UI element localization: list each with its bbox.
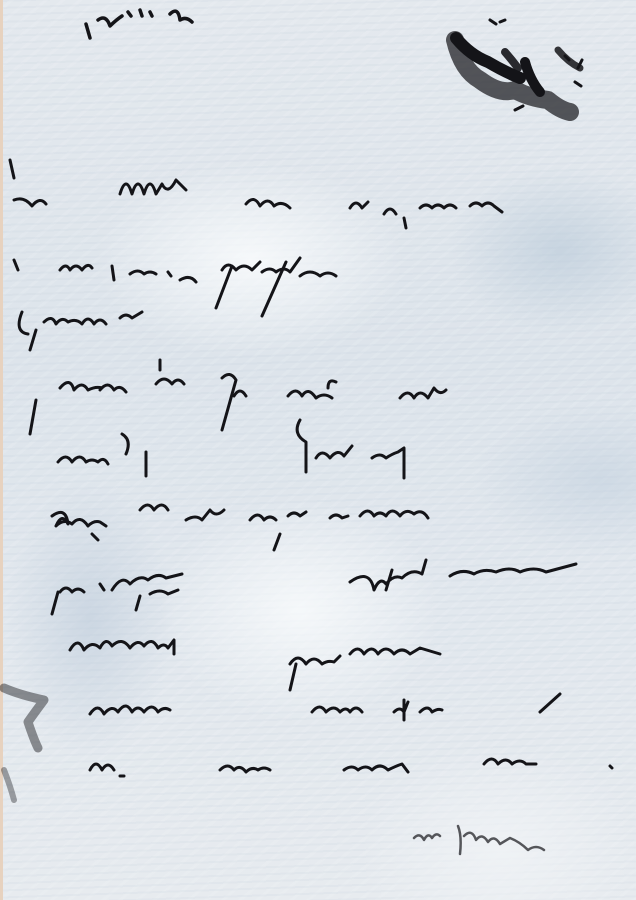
handwriting-line-7 <box>52 560 576 614</box>
handwriting-line-1 <box>10 160 502 228</box>
signature <box>414 826 544 854</box>
handwriting-line-5 <box>58 420 404 478</box>
left-edge-smudges <box>4 688 44 800</box>
handwriting-line-2 <box>14 258 336 316</box>
artwork-layer <box>0 0 636 900</box>
handwriting <box>10 160 612 776</box>
handwriting-line-4 <box>30 360 446 434</box>
handwriting-line-6 <box>52 505 428 550</box>
ink-blot <box>455 20 582 112</box>
header-scribble <box>86 10 192 38</box>
handwriting-line-10 <box>90 759 612 776</box>
handwriting-line-8 <box>70 640 440 690</box>
handwriting-line-3 <box>19 312 142 350</box>
painting-canvas: Asemic (illegible) black calligraphic ha… <box>0 0 636 900</box>
handwriting-line-9 <box>90 694 560 720</box>
